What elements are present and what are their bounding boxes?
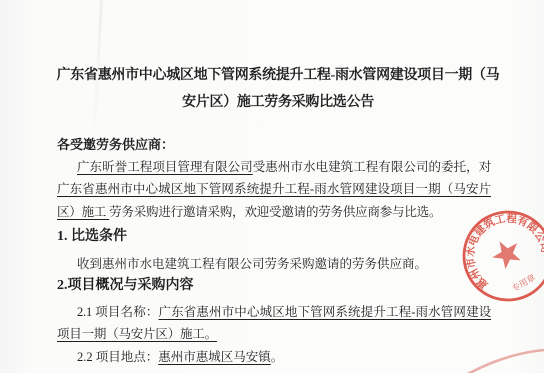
section-2-item-project-name: 2.1 项目名称：广东省惠州市中心城区地下管网系统提升工程-雨水管网建设项目一期… — [57, 301, 491, 346]
section-1-heading: 1. 比选条件 — [57, 226, 491, 248]
text-run: 2.1 项目名称： — [77, 305, 158, 319]
intro-paragraph: 广东昕誉工程项目管理有限公司受惠州市水电建筑工程有限公司的委托，对 广东省惠州市… — [57, 156, 491, 223]
seal-bottom-label: 专用章 — [510, 272, 538, 294]
salutation: 各受邀劳务供应商： — [57, 134, 491, 156]
scanned-document-page: 广东省惠州市中心城区地下管网系统提升工程-雨水管网建设项目一期（马安片区）施工劳… — [0, 0, 544, 373]
section-2-item-project-location: 2.2 项目地点：惠州市惠城区马安镇。 — [57, 346, 491, 368]
text-run: 2.2 项目地点： — [77, 350, 158, 364]
page-title: 广东省惠州市中心城区地下管网系统提升工程-雨水管网建设项目一期（马安片区）施工劳… — [52, 62, 504, 116]
text-run: 广东昕誉工程项目管理有限公司 — [77, 160, 253, 174]
text-run: 惠州市惠城区马安镇 — [158, 350, 271, 364]
section-1-body: 收到惠州市水电建筑工程有限公司劳务采购邀请的劳务供应商。 — [57, 253, 491, 275]
seal-star-icon — [487, 234, 525, 272]
text-run: 。 — [271, 350, 284, 364]
text-run: 受惠州市水电建筑工程有限公司的委托，对 — [253, 160, 491, 174]
section-2-heading: 2.项目概况与采购内容 — [57, 275, 491, 297]
text-run: 劳务采购进行邀请采购，欢迎受邀请的劳务供应商参与比选。 — [109, 205, 441, 219]
